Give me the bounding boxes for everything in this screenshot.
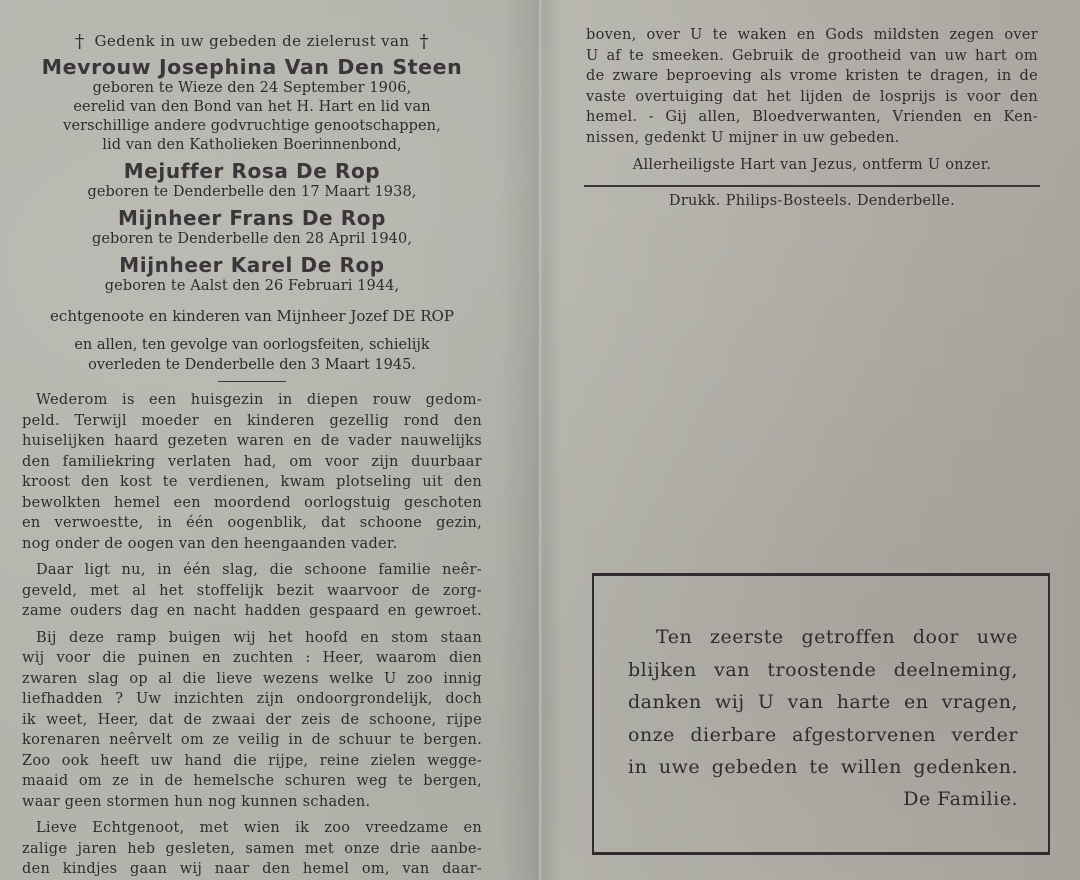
right-page: boven, over U te waken en Gods mildsten …: [586, 25, 1038, 209]
text-line: nissen, gedenkt U mijner in uw gebeden.: [586, 128, 1038, 149]
text-line: Zoo ook heeft uw hand die rijpe, reine z…: [22, 751, 482, 772]
text-line: onze dierbare afgestorvenen verder: [628, 719, 1018, 752]
deceased-entry: Mijnheer Frans De Rop geboren te Denderb…: [22, 206, 482, 249]
text-line: liefhadden ? Uw inzichten zijn ondoorgro…: [22, 689, 482, 710]
center-fold-crease: [538, 0, 542, 880]
text-line: boven, over U te waken en Gods mildsten …: [586, 25, 1038, 46]
deceased-detail: verschillige andere godvruchtige genoots…: [22, 117, 482, 136]
text-line: Lieve Echtgenoot, met wien ik zoo vreedz…: [22, 818, 482, 839]
intro-text: Gedenk in uw gebeden de zielerust van: [95, 32, 410, 50]
signature: De Familie.: [628, 788, 1018, 810]
deceased-detail: eerelid van den Bond van het H. Hart en …: [22, 98, 482, 117]
deceased-name: Mijnheer Frans De Rop: [22, 206, 482, 230]
deceased-entry: Mevrouw Josephina Van Den Steen geboren …: [22, 55, 482, 155]
deceased-entry: Mejuffer Rosa De Rop geboren te Denderbe…: [22, 159, 482, 202]
death-notice-line: overleden te Denderbelle den 3 Maart 194…: [22, 355, 482, 375]
deceased-detail: geboren te Aalst den 26 Februari 1944,: [22, 277, 482, 296]
horizontal-rule: [584, 185, 1040, 187]
left-page: †Gedenk in uw gebeden de zielerust van† …: [22, 28, 482, 880]
deceased-detail: geboren te Denderbelle den 28 April 1940…: [22, 230, 482, 249]
text-line: huiselijken haard gezeten waren en de va…: [22, 431, 482, 452]
text-line: nog onder de oogen van den heengaanden v…: [22, 534, 482, 555]
text-line: wij voor die puinen en zuchten : Heer, w…: [22, 648, 482, 669]
text-line: vaste overtuiging dat het lijden de losp…: [586, 87, 1038, 108]
text-line: bewolkten hemel een moordend oorlogstuig…: [22, 493, 482, 514]
text-line: korenaren neêrvelt om ze veilig in de sc…: [22, 730, 482, 751]
text-line: zame ouders dag en nacht hadden gespaard…: [22, 601, 482, 622]
deceased-name: Mevrouw Josephina Van Den Steen: [22, 55, 482, 79]
death-notice: en allen, ten gevolge van oorlogsfeiten,…: [22, 335, 482, 375]
deceased-name: Mijnheer Karel De Rop: [22, 253, 482, 277]
death-notice-line: en allen, ten gevolge van oorlogsfeiten,…: [22, 335, 482, 355]
cross-icon: †: [75, 29, 84, 55]
cross-icon: †: [419, 29, 428, 55]
printer-credit: Drukk. Philips-Bosteels. Denderbelle.: [586, 193, 1038, 209]
text-line: in uwe gebeden te willen gedenken.: [628, 751, 1018, 784]
text-line: danken wij U van harte en vragen,: [628, 686, 1018, 719]
text-line: maaid om ze in de hemelsche schuren weg …: [22, 771, 482, 792]
text-line: Wederom is een huisgezin in diepen rouw …: [22, 390, 482, 411]
deceased-detail: geboren te Denderbelle den 17 Maart 1938…: [22, 183, 482, 202]
deceased-entry: Mijnheer Karel De Rop geboren te Aalst d…: [22, 253, 482, 296]
text-line: zwaren slag op al die lieve wezens welke…: [22, 669, 482, 690]
paragraph: Daar ligt nu, in één slag, die schoone f…: [22, 560, 482, 622]
text-line: den kindjes gaan wij naar den hemel om, …: [22, 859, 482, 880]
deceased-detail: lid van den Katholieken Boerinnenbond,: [22, 136, 482, 155]
thanks-text: Ten zeerste getroffen door uwe blijken v…: [628, 621, 1018, 810]
text-line: de zware beproeving als vrome kristen te…: [586, 66, 1038, 87]
text-line: ik weet, Heer, dat de zwaai der zeis de …: [22, 710, 482, 731]
text-line: hemel. - Gij allen, Bloedverwanten, Vrie…: [586, 107, 1038, 128]
text-line: geveld, met al het stoffelijk bezit waar…: [22, 581, 482, 602]
intro-line: †Gedenk in uw gebeden de zielerust van†: [22, 28, 482, 55]
text-line: en verwoestte, in één oogenblik, dat sch…: [22, 513, 482, 534]
fold-shadow: [500, 0, 540, 880]
text-line: blijken van troostende deelneming,: [628, 654, 1018, 687]
text-line: kroost den kost te verdienen, kwam plots…: [22, 472, 482, 493]
memorial-card-sheet: †Gedenk in uw gebeden de zielerust van† …: [0, 0, 1080, 880]
continuation-text: boven, over U te waken en Gods mildsten …: [586, 25, 1038, 148]
paragraph: Bij deze ramp buigen wij het hoofd en st…: [22, 628, 482, 813]
text-line: den familiekring verlaten had, om voor z…: [22, 452, 482, 473]
body-text: Wederom is een huisgezin in diepen rouw …: [22, 390, 482, 880]
family-line: echtgenoote en kinderen van Mijnheer Joz…: [22, 306, 482, 326]
deceased-name: Mejuffer Rosa De Rop: [22, 159, 482, 183]
text-line: zalige jaren heb gesleten, samen met onz…: [22, 839, 482, 860]
text-line: peld. Terwijl moeder en kinderen gezelli…: [22, 411, 482, 432]
paragraph: Wederom is een huisgezin in diepen rouw …: [22, 390, 482, 554]
text-line: Ten zeerste getroffen door uwe: [628, 621, 1018, 654]
paragraph: Lieve Echtgenoot, met wien ik zoo vreedz…: [22, 818, 482, 880]
text-line: waar geen stormen hun nog kunnen schaden…: [22, 792, 482, 813]
text-line: Bij deze ramp buigen wij het hoofd en st…: [22, 628, 482, 649]
invocation: Allerheiligste Hart van Jezus, ontferm U…: [586, 157, 1038, 173]
separator-rule: [218, 381, 286, 382]
text-line: Daar ligt nu, in één slag, die schoone f…: [22, 560, 482, 581]
text-line: U af te smeeken. Gebruik de grootheid va…: [586, 46, 1038, 67]
deceased-detail: geboren te Wieze den 24 September 1906,: [22, 79, 482, 98]
thanks-box: Ten zeerste getroffen door uwe blijken v…: [592, 573, 1050, 855]
